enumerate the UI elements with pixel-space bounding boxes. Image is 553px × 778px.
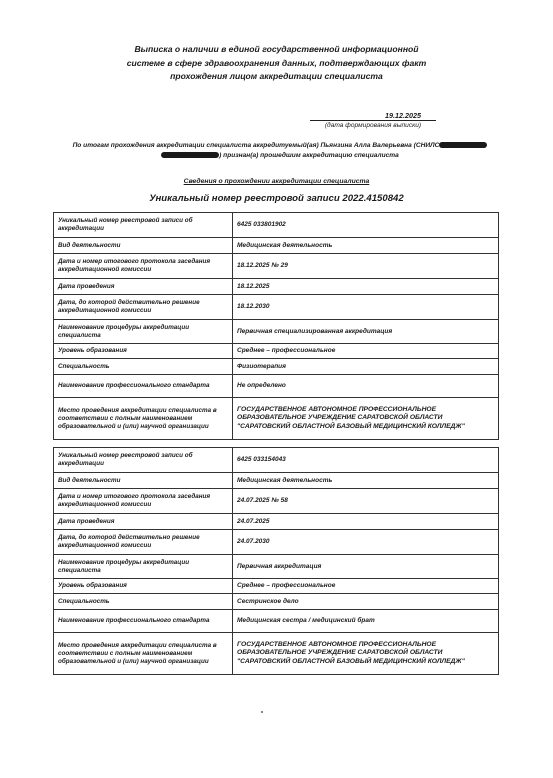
table-row: Дата проведения24.07.2025 — [54, 514, 499, 530]
value-activity: Медицинская деятельность — [233, 473, 499, 489]
label-activity: Вид деятельности — [54, 473, 233, 489]
label-prof-standard: Наименование профессионального стандарта — [54, 610, 233, 633]
value-edu-level: Среднее – профессиональное — [233, 579, 499, 594]
label-edu-level: Уровень образования — [54, 579, 233, 594]
table-row: СпециальностьФизиотерапия — [54, 359, 499, 375]
label-specialty: Специальность — [54, 594, 233, 610]
table-row: Место проведения аккредитации специалист… — [54, 633, 499, 675]
label-protocol: Дата и номер итогового протокола заседан… — [54, 254, 233, 279]
value-activity: Медицинская деятельность — [233, 238, 499, 254]
value-valid-until: 18.12.2030 — [233, 295, 499, 320]
label-procedure: Наименование процедуры аккредитации спец… — [54, 320, 233, 344]
value-prof-standard: Не определено — [233, 375, 499, 398]
value-prof-standard: Медицинская сестра / медицинский брат — [233, 610, 499, 633]
label-procedure: Наименование процедуры аккредитации спец… — [54, 555, 233, 579]
label-date-held: Дата проведения — [54, 279, 233, 295]
accreditation-table-1: Уникальный номер реестровой записи об ак… — [53, 212, 499, 440]
document-title: Выписка о наличии в единой государственн… — [0, 43, 553, 84]
label-edu-level: Уровень образования — [54, 344, 233, 359]
table-row: Место проведения аккредитации специалист… — [54, 398, 499, 440]
value-edu-level: Среднее – профессиональное — [233, 344, 499, 359]
table-row: Дата проведения18.12.2025 — [54, 279, 499, 295]
table-row: Наименование процедуры аккредитации спец… — [54, 555, 499, 579]
label-reg-number: Уникальный номер реестровой записи об ак… — [54, 213, 233, 238]
label-valid-until: Дата, до которой действительно решение а… — [54, 295, 233, 320]
table-row: Дата и номер итогового протокола заседан… — [54, 489, 499, 514]
value-reg-number: 6425 033154043 — [233, 448, 499, 473]
label-reg-number: Уникальный номер реестровой записи об ак… — [54, 448, 233, 473]
table-row: Наименование профессионального стандарта… — [54, 375, 499, 398]
value-protocol: 18.12.2025 № 29 — [233, 254, 499, 279]
label-valid-until: Дата, до которой действительно решение а… — [54, 530, 233, 555]
value-place: ГОСУДАРСТВЕННОЕ АВТОНОМНОЕ ПРОФЕССИОНАЛЬ… — [233, 633, 499, 675]
intro-text-part1: По итогам прохождения аккредитации специ… — [73, 142, 440, 149]
value-valid-until: 24.07.2030 — [233, 530, 499, 555]
table-row: Уровень образованияСреднее – профессиона… — [54, 579, 499, 594]
label-specialty: Специальность — [54, 359, 233, 375]
label-activity: Вид деятельности — [54, 238, 233, 254]
label-protocol: Дата и номер итогового протокола заседан… — [54, 489, 233, 514]
title-line-2: системе в сфере здравоохранения данных, … — [0, 57, 553, 71]
table-row: Вид деятельностиМедицинская деятельность — [54, 473, 499, 489]
registry-heading: Уникальный номер реестровой записи 2022.… — [0, 193, 553, 204]
title-line-1: Выписка о наличии в единой государственн… — [0, 43, 553, 57]
table-row: Дата, до которой действительно решение а… — [54, 530, 499, 555]
table-row: Уникальный номер реестровой записи об ак… — [54, 448, 499, 473]
value-procedure: Первичная специализированная аккредитаци… — [233, 320, 499, 344]
value-procedure: Первичная аккредитация — [233, 555, 499, 579]
value-protocol: 24.07.2025 № 58 — [233, 489, 499, 514]
scan-speck — [261, 711, 263, 713]
title-line-3: прохождения лицом аккредитации специалис… — [0, 70, 553, 84]
label-date-held: Дата проведения — [54, 514, 233, 530]
table-row: СпециальностьСестринское дело — [54, 594, 499, 610]
issue-date: 19.12.2025 — [310, 111, 436, 121]
value-date-held: 24.07.2025 — [233, 514, 499, 530]
table-row: Уровень образованияСреднее – профессиона… — [54, 344, 499, 359]
value-specialty: Физиотерапия — [233, 359, 499, 375]
value-reg-number: 6425 033801902 — [233, 213, 499, 238]
table-row: Вид деятельностиМедицинская деятельность — [54, 238, 499, 254]
table-row: Дата, до которой действительно решение а… — [54, 295, 499, 320]
snils-redaction — [439, 142, 487, 148]
table-row: Наименование профессионального стандарта… — [54, 610, 499, 633]
table-row: Наименование процедуры аккредитации спец… — [54, 320, 499, 344]
section-heading: Сведения о прохождении аккредитации спец… — [0, 178, 553, 185]
label-place: Место проведения аккредитации специалист… — [54, 398, 233, 440]
table-row: Уникальный номер реестровой записи об ак… — [54, 213, 499, 238]
issue-date-block: 19.12.2025 (дата формирования выписки) — [310, 111, 436, 130]
value-date-held: 18.12.2025 — [233, 279, 499, 295]
table-row: Дата и номер итогового протокола заседан… — [54, 254, 499, 279]
issue-date-caption: (дата формирования выписки) — [310, 121, 436, 130]
intro-text-part2: ) признан(а) прошедшим аккредитацию спец… — [219, 152, 399, 159]
value-place: ГОСУДАРСТВЕННОЕ АВТОНОМНОЕ ПРОФЕССИОНАЛЬ… — [233, 398, 499, 440]
label-prof-standard: Наименование профессионального стандарта — [54, 375, 233, 398]
intro-paragraph: По итогам прохождения аккредитации специ… — [60, 141, 500, 160]
accreditation-table-2: Уникальный номер реестровой записи об ак… — [53, 447, 499, 675]
label-place: Место проведения аккредитации специалист… — [54, 633, 233, 675]
value-specialty: Сестринское дело — [233, 594, 499, 610]
snils-redaction-continued — [161, 152, 219, 158]
